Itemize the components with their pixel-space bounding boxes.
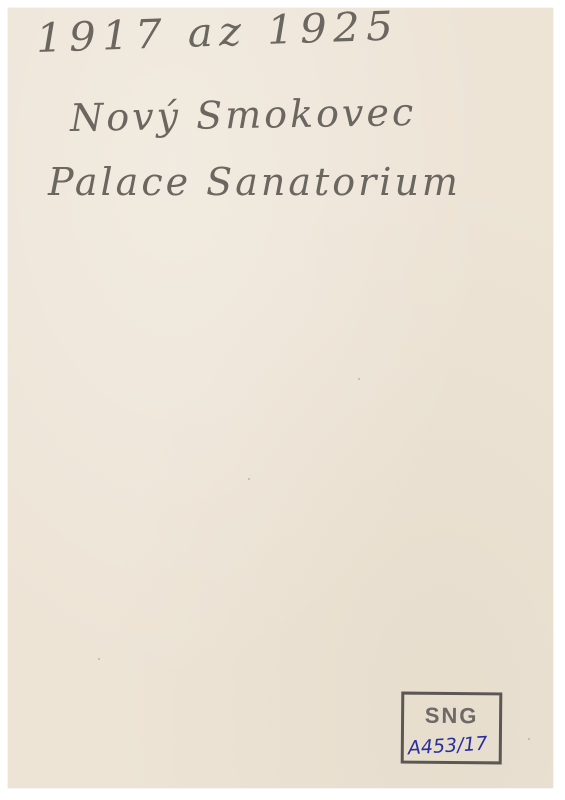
- photo-back-card: 1917 az 1925 Nový Smokovec Palace Sanato…: [8, 8, 553, 788]
- handwritten-building-name: Palace Sanatorium: [48, 160, 461, 204]
- paper-speck: [528, 738, 530, 740]
- paper-speck: [98, 658, 100, 660]
- paper-speck: [358, 378, 360, 380]
- handwritten-date-range: 1917 az 1925: [35, 3, 400, 62]
- stamp-title: SNG: [404, 703, 499, 730]
- handwritten-location: Nový Smokovec: [70, 90, 417, 140]
- inventory-number: A453/17: [407, 733, 488, 760]
- paper-speck: [248, 478, 250, 480]
- sng-collection-stamp: SNG A453/17: [401, 692, 503, 765]
